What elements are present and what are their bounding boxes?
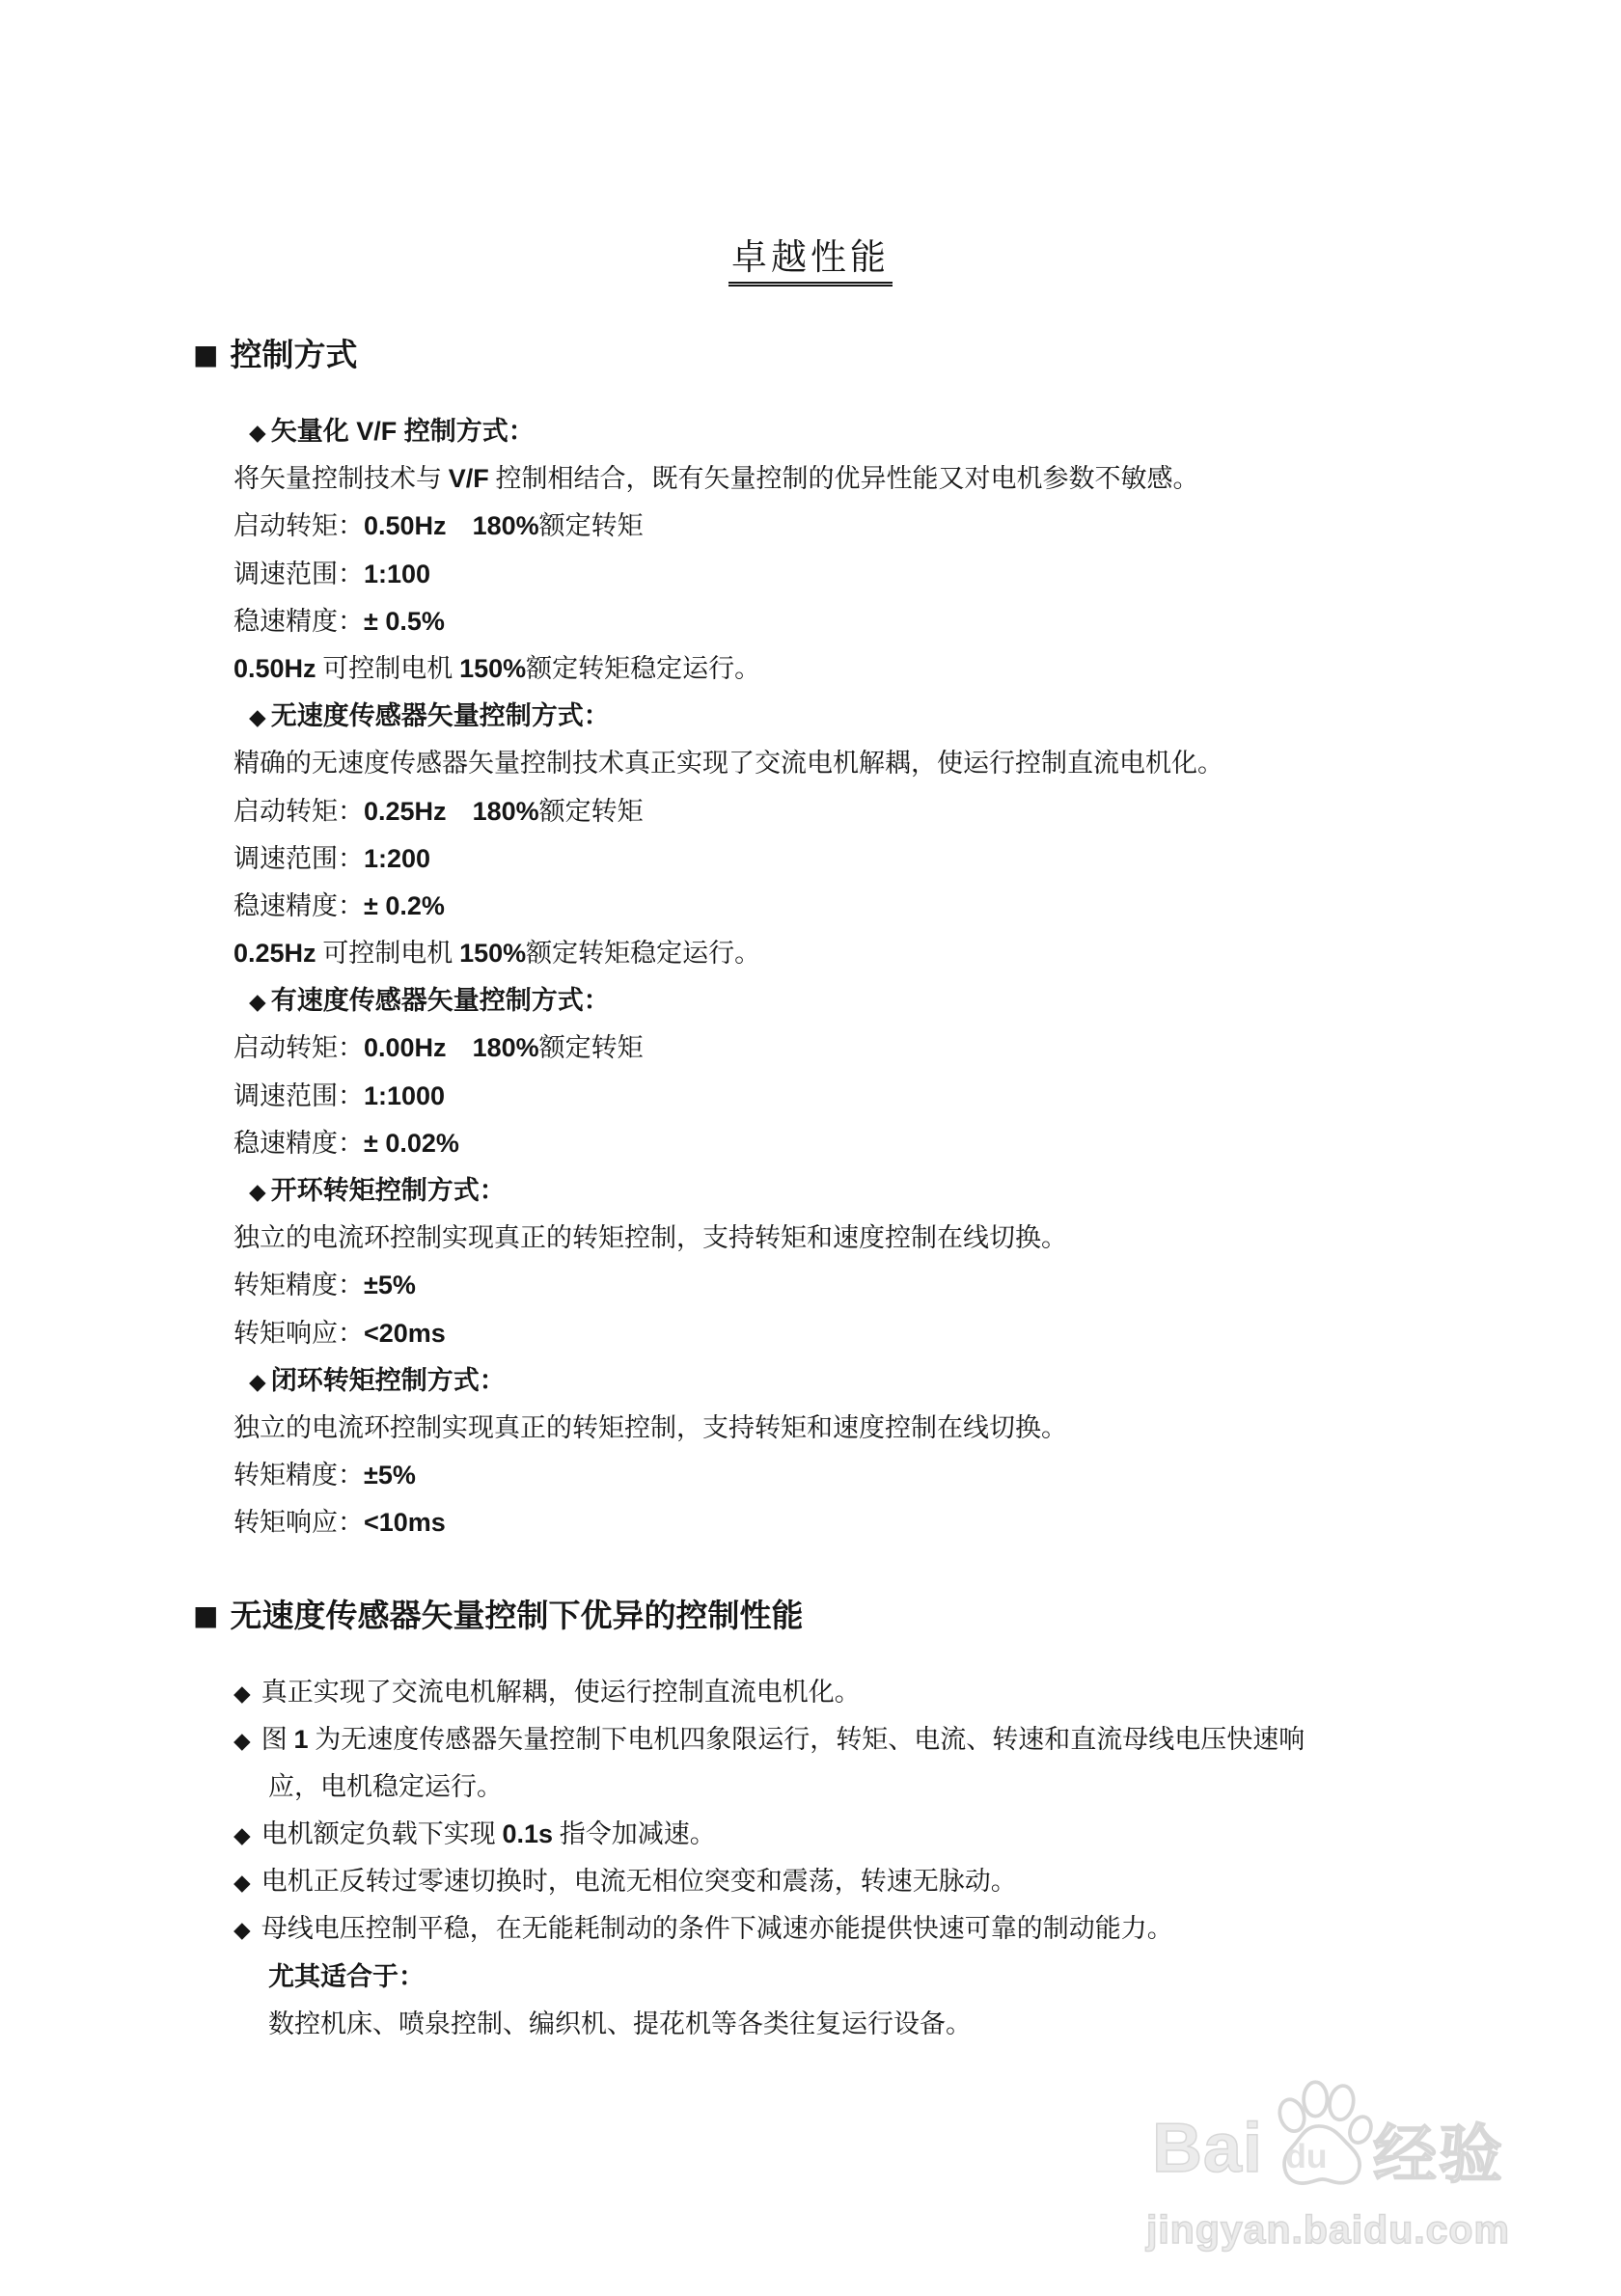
text-segment: 尤其适合于：: [268, 1962, 425, 1991]
text-segment: ± 0.02%: [364, 1129, 459, 1158]
text-line: 稳速精度：± 0.5%: [234, 598, 1621, 645]
text-segment: 独立的电流环控制实现真正的转矩控制，支持转矩和速度控制在线切换。: [234, 1223, 1067, 1252]
diamond-bullet-icon: ◆: [234, 1918, 251, 1943]
diamond-bullet-icon: ◆: [234, 1729, 251, 1754]
section-heading: ■控制方式: [193, 335, 1621, 377]
text-segment: 转矩响应：: [234, 1319, 364, 1348]
watermark-du-text: du: [1285, 2137, 1327, 2175]
text-segment: 稳速精度：: [234, 607, 364, 636]
text-segment: 180%: [473, 1033, 539, 1062]
text-line: 0.50Hz 可控制电机 150%额定转矩稳定运行。: [234, 645, 1621, 693]
text-segment: ± 0.5%: [364, 607, 445, 636]
text-segment: 真正实现了交流电机解耦，使运行控制直流电机化。: [261, 1678, 861, 1707]
text-segment: 应，电机稳定运行。: [268, 1772, 503, 1801]
bullet-line: ◆电机额定负载下实现 0.1s 指令加减速。: [234, 1811, 1621, 1858]
text-line: 启动转矩：0.50Hz 180%额定转矩: [234, 503, 1621, 550]
baidu-paw-icon: du: [1265, 2078, 1373, 2200]
diamond-bullet-icon: ◆: [249, 421, 266, 446]
text-line: 启动转矩：0.00Hz 180%额定转矩: [234, 1025, 1621, 1072]
watermark-url: jingyan.baidu.com: [1146, 2207, 1510, 2253]
text-segment: 1:100: [364, 560, 430, 588]
text-segment: 1:200: [364, 844, 430, 873]
text-segment: 转矩精度：: [234, 1461, 364, 1490]
text-segment: 转矩精度：: [234, 1271, 364, 1299]
document-section: ■控制方式◆矢量化 V/F 控制方式：将矢量控制技术与 V/F 控制相结合，既有…: [0, 335, 1621, 1547]
title-area: 卓越性能: [0, 0, 1621, 287]
text-segment: V/F: [449, 464, 489, 493]
text-segment: 启动转矩：: [234, 511, 364, 540]
text-line: 0.25Hz 可控制电机 150%额定转矩稳定运行。: [234, 930, 1621, 977]
text-segment: 1:1000: [364, 1081, 445, 1110]
text-segment: 启动转矩：: [234, 797, 364, 826]
text-segment: 稳速精度：: [234, 891, 364, 920]
section-marker-icon: ■: [193, 339, 218, 370]
section-heading-text: 控制方式: [230, 339, 357, 373]
text-segment: 调速范围：: [234, 560, 364, 588]
section-marker-icon: ■: [193, 1599, 218, 1631]
section-lines: ◆矢量化 V/F 控制方式：将矢量控制技术与 V/F 控制相结合，既有矢量控制的…: [0, 408, 1621, 1547]
text-segment: 额定转矩: [539, 511, 644, 540]
watermark-baidu-jingyan: Bai du 经验 jingyan.baidu.com: [1146, 2095, 1510, 2253]
text-segment: 调速范围：: [234, 1081, 364, 1110]
text-line: 独立的电流环控制实现真正的转矩控制，支持转矩和速度控制在线切换。: [234, 1215, 1621, 1262]
text-segment: 图: [261, 1725, 294, 1754]
text-segment: 0.50Hz: [364, 511, 447, 540]
bullet-heading-line: ◆开环转矩控制方式：: [249, 1167, 1621, 1215]
bullet-heading-line: ◆矢量化 V/F 控制方式：: [249, 408, 1621, 455]
text-line: 调速范围：1:1000: [234, 1073, 1621, 1120]
text-segment: 母线电压控制平稳，在无能耗制动的条件下减速亦能提供快速可靠的制动能力。: [261, 1914, 1173, 1943]
text-segment: [447, 797, 473, 826]
text-segment: 电机额定负载下实现: [261, 1819, 503, 1848]
text-segment: 启动转矩：: [234, 1033, 364, 1062]
text-line: 应，电机稳定运行。: [268, 1763, 1621, 1811]
text-segment: 0.50Hz: [234, 654, 316, 683]
text-segment: 1: [293, 1725, 308, 1754]
text-segment: 额定转矩: [539, 1033, 644, 1062]
text-segment: 150%: [459, 939, 526, 968]
text-line: 调速范围：1:100: [234, 551, 1621, 598]
text-segment: 闭环转矩控制方式：: [271, 1366, 506, 1395]
text-segment: <20ms: [364, 1319, 446, 1348]
text-segment: 转矩响应：: [234, 1508, 364, 1537]
text-segment: 150%: [459, 654, 526, 683]
text-segment: 0.25Hz: [364, 797, 447, 826]
text-segment: ±5%: [364, 1461, 416, 1490]
watermark-jingyan-text: 经验: [1373, 2103, 1504, 2195]
text-line: 尤其适合于：: [268, 1954, 1621, 2001]
text-segment: ± 0.2%: [364, 891, 445, 920]
document-sections: ■控制方式◆矢量化 V/F 控制方式：将矢量控制技术与 V/F 控制相结合，既有…: [0, 335, 1621, 2048]
text-segment: 控制相结合，既有矢量控制的优异性能又对电机参数不敏感。: [489, 464, 1199, 493]
bullet-line: ◆图 1 为无速度传感器矢量控制下电机四象限运行，转矩、电流、转速和直流母线电压…: [234, 1716, 1621, 1763]
text-segment: <10ms: [364, 1508, 446, 1537]
text-line: 启动转矩：0.25Hz 180%额定转矩: [234, 788, 1621, 835]
baidu-jingyan-logo: Bai du 经验: [1146, 2095, 1510, 2201]
diamond-bullet-icon: ◆: [249, 1180, 266, 1205]
bullet-heading-line: ◆闭环转矩控制方式：: [249, 1357, 1621, 1405]
text-segment: 电机正反转过零速切换时，电流无相位突变和震荡，转速无脉动。: [261, 1867, 1017, 1896]
diamond-bullet-icon: ◆: [249, 1370, 266, 1395]
text-segment: [447, 1033, 473, 1062]
diamond-bullet-icon: ◆: [234, 1871, 251, 1896]
text-line: 独立的电流环控制实现真正的转矩控制，支持转矩和速度控制在线切换。: [234, 1405, 1621, 1452]
text-segment: 180%: [473, 797, 539, 826]
bullet-heading-line: ◆有速度传感器矢量控制方式：: [249, 977, 1621, 1025]
diamond-bullet-icon: ◆: [249, 705, 266, 730]
text-line: 转矩精度：±5%: [234, 1452, 1621, 1499]
text-line: 将矢量控制技术与 V/F 控制相结合，既有矢量控制的优异性能又对电机参数不敏感。: [234, 455, 1621, 503]
text-segment: [447, 511, 473, 540]
text-segment: 无速度传感器矢量控制方式：: [271, 701, 610, 730]
text-segment: 独立的电流环控制实现真正的转矩控制，支持转矩和速度控制在线切换。: [234, 1413, 1067, 1442]
text-segment: 稳速精度：: [234, 1129, 364, 1158]
text-segment: 180%: [473, 511, 539, 540]
page-title: 卓越性能: [728, 237, 893, 287]
text-segment: 控制方式：: [397, 417, 535, 446]
text-segment: 精确的无速度传感器矢量控制技术真正实现了交流电机解耦，使运行控制直流电机化。: [234, 749, 1223, 778]
section-heading-text: 无速度传感器矢量控制下优异的控制性能: [230, 1599, 803, 1634]
diamond-bullet-icon: ◆: [234, 1681, 251, 1707]
bullet-heading-line: ◆无速度传感器矢量控制方式：: [249, 693, 1621, 740]
document-page: 卓越性能 ■控制方式◆矢量化 V/F 控制方式：将矢量控制技术与 V/F 控制相…: [0, 0, 1621, 2296]
text-segment: 将矢量控制技术与: [234, 464, 449, 493]
text-line: 精确的无速度传感器矢量控制技术真正实现了交流电机解耦，使运行控制直流电机化。: [234, 740, 1621, 787]
text-segment: 0.1s: [502, 1819, 553, 1848]
diamond-bullet-icon: ◆: [249, 990, 266, 1015]
diamond-bullet-icon: ◆: [234, 1823, 251, 1848]
text-segment: ±5%: [364, 1271, 416, 1299]
text-segment: 数控机床、喷泉控制、编织机、提花机等各类往复运行设备。: [268, 2009, 972, 2038]
text-segment: 额定转矩稳定运行。: [526, 654, 760, 683]
text-segment: 开环转矩控制方式：: [271, 1176, 506, 1205]
text-line: 数控机床、喷泉控制、编织机、提花机等各类往复运行设备。: [268, 2001, 1621, 2048]
text-line: 转矩响应：<20ms: [234, 1310, 1621, 1357]
text-segment: 额定转矩稳定运行。: [526, 939, 760, 968]
text-segment: V/F: [356, 417, 397, 446]
text-segment: 额定转矩: [539, 797, 644, 826]
text-segment: 有速度传感器矢量控制方式：: [271, 986, 610, 1015]
text-line: 转矩响应：<10ms: [234, 1499, 1621, 1546]
text-line: 调速范围：1:200: [234, 835, 1621, 883]
bullet-line: ◆电机正反转过零速切换时，电流无相位突变和震荡，转速无脉动。: [234, 1858, 1621, 1905]
watermark-bai-text: Bai: [1152, 2109, 1263, 2188]
text-segment: 为无速度传感器矢量控制下电机四象限运行，转矩、电流、转速和直流母线电压快速响: [308, 1725, 1305, 1754]
text-segment: 可控制电机: [316, 939, 460, 968]
text-segment: 矢量化: [271, 417, 357, 446]
text-segment: 0.00Hz: [364, 1033, 447, 1062]
section-heading: ■无速度传感器矢量控制下优异的控制性能: [193, 1596, 1621, 1638]
document-section: ■无速度传感器矢量控制下优异的控制性能◆真正实现了交流电机解耦，使运行控制直流电…: [0, 1596, 1621, 2049]
text-segment: 可控制电机: [316, 654, 460, 683]
section-lines: ◆真正实现了交流电机解耦，使运行控制直流电机化。◆图 1 为无速度传感器矢量控制…: [0, 1669, 1621, 2049]
text-segment: 指令加减速。: [553, 1819, 716, 1848]
text-line: 稳速精度：± 0.2%: [234, 883, 1621, 930]
text-segment: 调速范围：: [234, 844, 364, 873]
bullet-line: ◆母线电压控制平稳，在无能耗制动的条件下减速亦能提供快速可靠的制动能力。: [234, 1905, 1621, 1953]
text-line: 转矩精度：±5%: [234, 1262, 1621, 1309]
bullet-line: ◆真正实现了交流电机解耦，使运行控制直流电机化。: [234, 1669, 1621, 1716]
text-segment: 0.25Hz: [234, 939, 316, 968]
text-line: 稳速精度：± 0.02%: [234, 1120, 1621, 1167]
